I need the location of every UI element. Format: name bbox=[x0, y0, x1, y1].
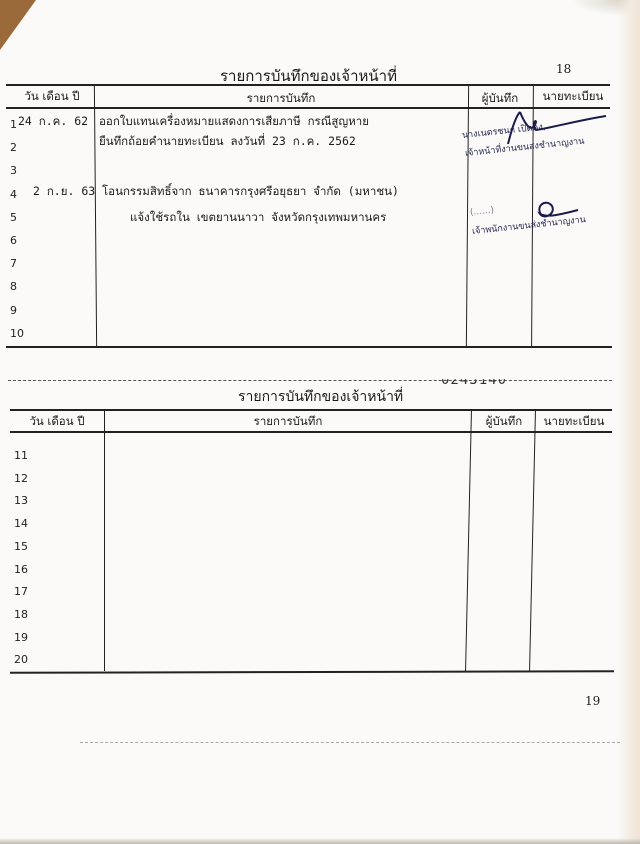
row-number: 19 bbox=[14, 631, 28, 644]
entry-date: 24 ก.ค. 62 bbox=[18, 113, 88, 131]
signature-icon bbox=[490, 108, 610, 148]
row-number: 17 bbox=[14, 585, 28, 598]
row-number: 6 bbox=[10, 234, 17, 247]
page-separator bbox=[80, 742, 620, 743]
row-number: 16 bbox=[14, 563, 28, 576]
row-number: 13 bbox=[14, 494, 28, 507]
row-number: 12 bbox=[14, 472, 28, 485]
row-number: 9 bbox=[10, 304, 17, 317]
signature-icon bbox=[528, 196, 588, 230]
row-number: 8 bbox=[10, 280, 17, 293]
row-number: 15 bbox=[14, 540, 28, 553]
page-number-top: 18 bbox=[556, 62, 571, 76]
entry-line: แจ้งใช้รถใน เขตยานนาวา จังหวัดกรุงเทพมหา… bbox=[130, 209, 386, 227]
paper-edge bbox=[618, 0, 640, 844]
desk-background bbox=[0, 0, 36, 50]
entry-line: ออกใบแทนเครื่องหมายแสดงการเสียภาษี กรณีส… bbox=[99, 113, 369, 131]
page-separator bbox=[8, 380, 612, 381]
column-header-date: วัน เดือน ปี bbox=[14, 413, 100, 431]
row-number: 5 bbox=[10, 211, 17, 224]
column-header-record: รายการบันทึก bbox=[96, 90, 466, 108]
recorder-name-stamp: (......) bbox=[469, 205, 494, 217]
entry-line: ยืนทึกถ้อยคำนายทะเบียน ลงวันที่ 23 ก.ค. … bbox=[99, 133, 356, 151]
shadow bbox=[0, 838, 640, 844]
row-number: 4 bbox=[10, 188, 17, 201]
section-title-bottom: รายการบันทึกของเจ้าหน้าที่ bbox=[238, 386, 403, 408]
row-number: 11 bbox=[14, 449, 28, 462]
row-number: 20 bbox=[14, 653, 28, 666]
column-header-recorder: ผู้บันทึก bbox=[472, 413, 536, 431]
column-header-date: วัน เดือน ปี bbox=[12, 88, 92, 106]
column-header-registrar: นายทะเบียน bbox=[533, 88, 613, 106]
row-number: 10 bbox=[10, 327, 24, 340]
row-number: 2 bbox=[10, 141, 17, 154]
row-number: 7 bbox=[10, 257, 17, 270]
entry-date: 2 ก.ย. 63 bbox=[33, 183, 95, 201]
column-header-registrar: นายทะเบียน bbox=[536, 413, 612, 431]
row-number: 18 bbox=[14, 608, 28, 621]
serial-number: 0243140 bbox=[441, 372, 507, 388]
entry-line: โอนกรรมสิทธิ์จาก ธนาคารกรุงศรีอยุธยา จำก… bbox=[102, 183, 399, 201]
row-number: 14 bbox=[14, 517, 28, 530]
page-number-bottom: 19 bbox=[585, 694, 600, 708]
row-number: 1 bbox=[10, 118, 17, 131]
column-header-record: รายการบันทึก bbox=[105, 413, 471, 431]
row-number: 3 bbox=[10, 164, 17, 177]
column-header-recorder: ผู้บันทึก bbox=[468, 90, 532, 108]
